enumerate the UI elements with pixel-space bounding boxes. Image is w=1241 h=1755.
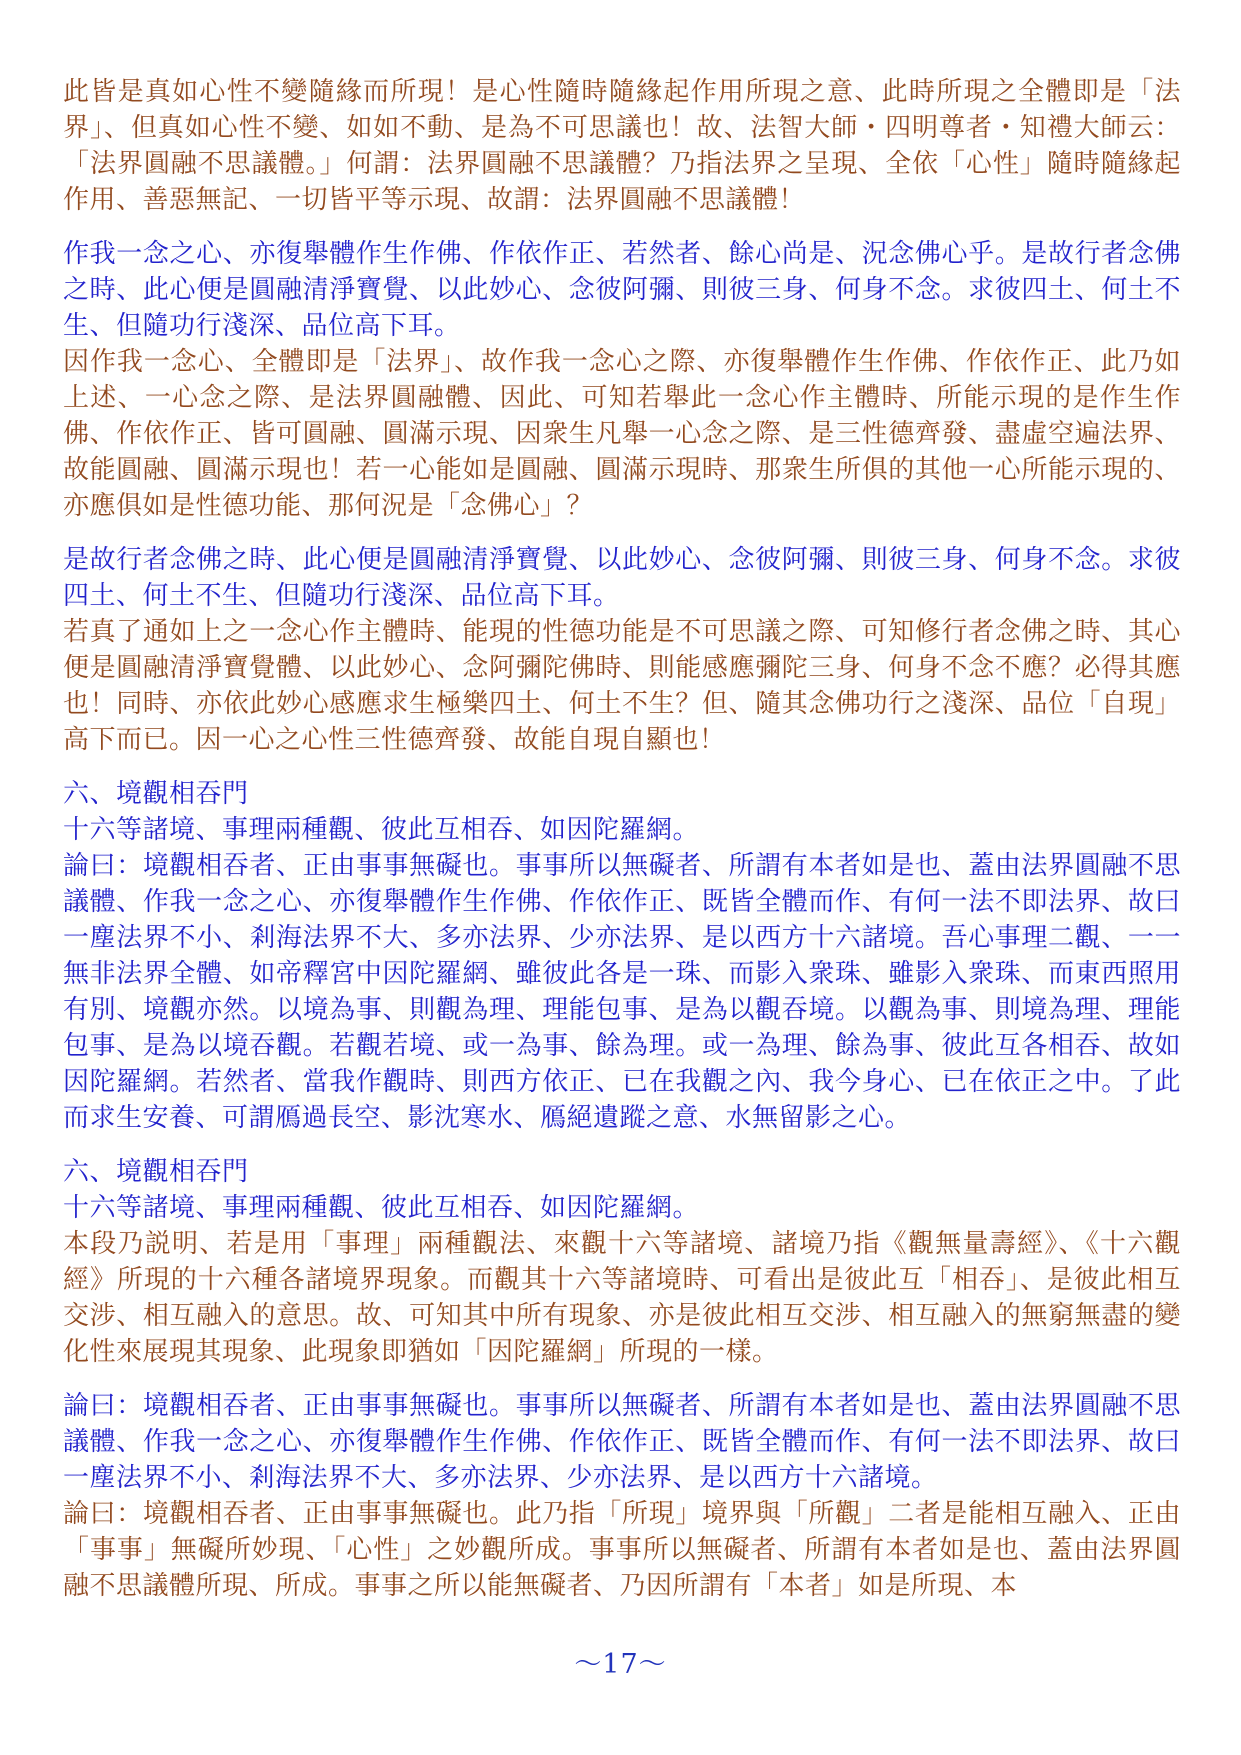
paragraph-treatise-repeat: 論曰：境觀相吞者、正由事事無礙也。事事所以無礙者、所謂有本者如是也、蓋由法界圓融… xyxy=(63,1388,1181,1496)
section-six-heading-first: 六、境觀相吞門 xyxy=(63,776,1181,812)
section-six-verse-first: 十六等諸境、事理兩種觀、彼此互相吞、如因陀羅網。 xyxy=(63,812,1181,848)
document-body: 此皆是真如心性不變隨緣而所現！是心性隨時隨緣起作用所現之意、此時所現之全體即是「… xyxy=(63,74,1181,1604)
page-number: ～17～ xyxy=(0,1642,1241,1681)
paragraph-one-mind-quote: 作我一念之心、亦復舉體作生作佛、作依作正、若然者、餘心尚是、況念佛心乎。是故行者… xyxy=(63,236,1181,344)
section-six-heading-second: 六、境觀相吞門 xyxy=(63,1154,1181,1190)
document-page: 此皆是真如心性不變隨緣而所現！是心性隨時隨緣起作用所現之意、此時所現之全體即是「… xyxy=(0,0,1241,1755)
paragraph-section-explanation: 本段乃説明、若是用「事理」兩種觀法、來觀十六等諸境、諸境乃指《觀無量壽經》、《十… xyxy=(63,1226,1181,1370)
paragraph-treatise-commentary: 論曰：境觀相吞者、正由事事無礙也。此乃指「所現」境界與「所觀」二者是能相互融入、… xyxy=(63,1496,1181,1604)
paragraph-practitioner-commentary: 若真了通如上之一念心作主體時、能現的性德功能是不可思議之際、可知修行者念佛之時、… xyxy=(63,614,1181,758)
paragraph-one-mind-commentary: 因作我一念心、全體即是「法界」、故作我一念心之際、亦復舉體作生作佛、作依作正、此… xyxy=(63,344,1181,524)
paragraph-dharma-realm-intro: 此皆是真如心性不變隨緣而所現！是心性隨時隨緣起作用所現之意、此時所現之全體即是「… xyxy=(63,74,1181,218)
paragraph-treatise-full: 論曰：境觀相吞者、正由事事無礙也。事事所以無礙者、所謂有本者如是也、蓋由法界圓融… xyxy=(63,848,1181,1136)
paragraph-practitioner-quote: 是故行者念佛之時、此心便是圓融清淨寶覺、以此妙心、念彼阿彌、則彼三身、何身不念。… xyxy=(63,542,1181,614)
section-six-verse-second: 十六等諸境、事理兩種觀、彼此互相吞、如因陀羅網。 xyxy=(63,1190,1181,1226)
